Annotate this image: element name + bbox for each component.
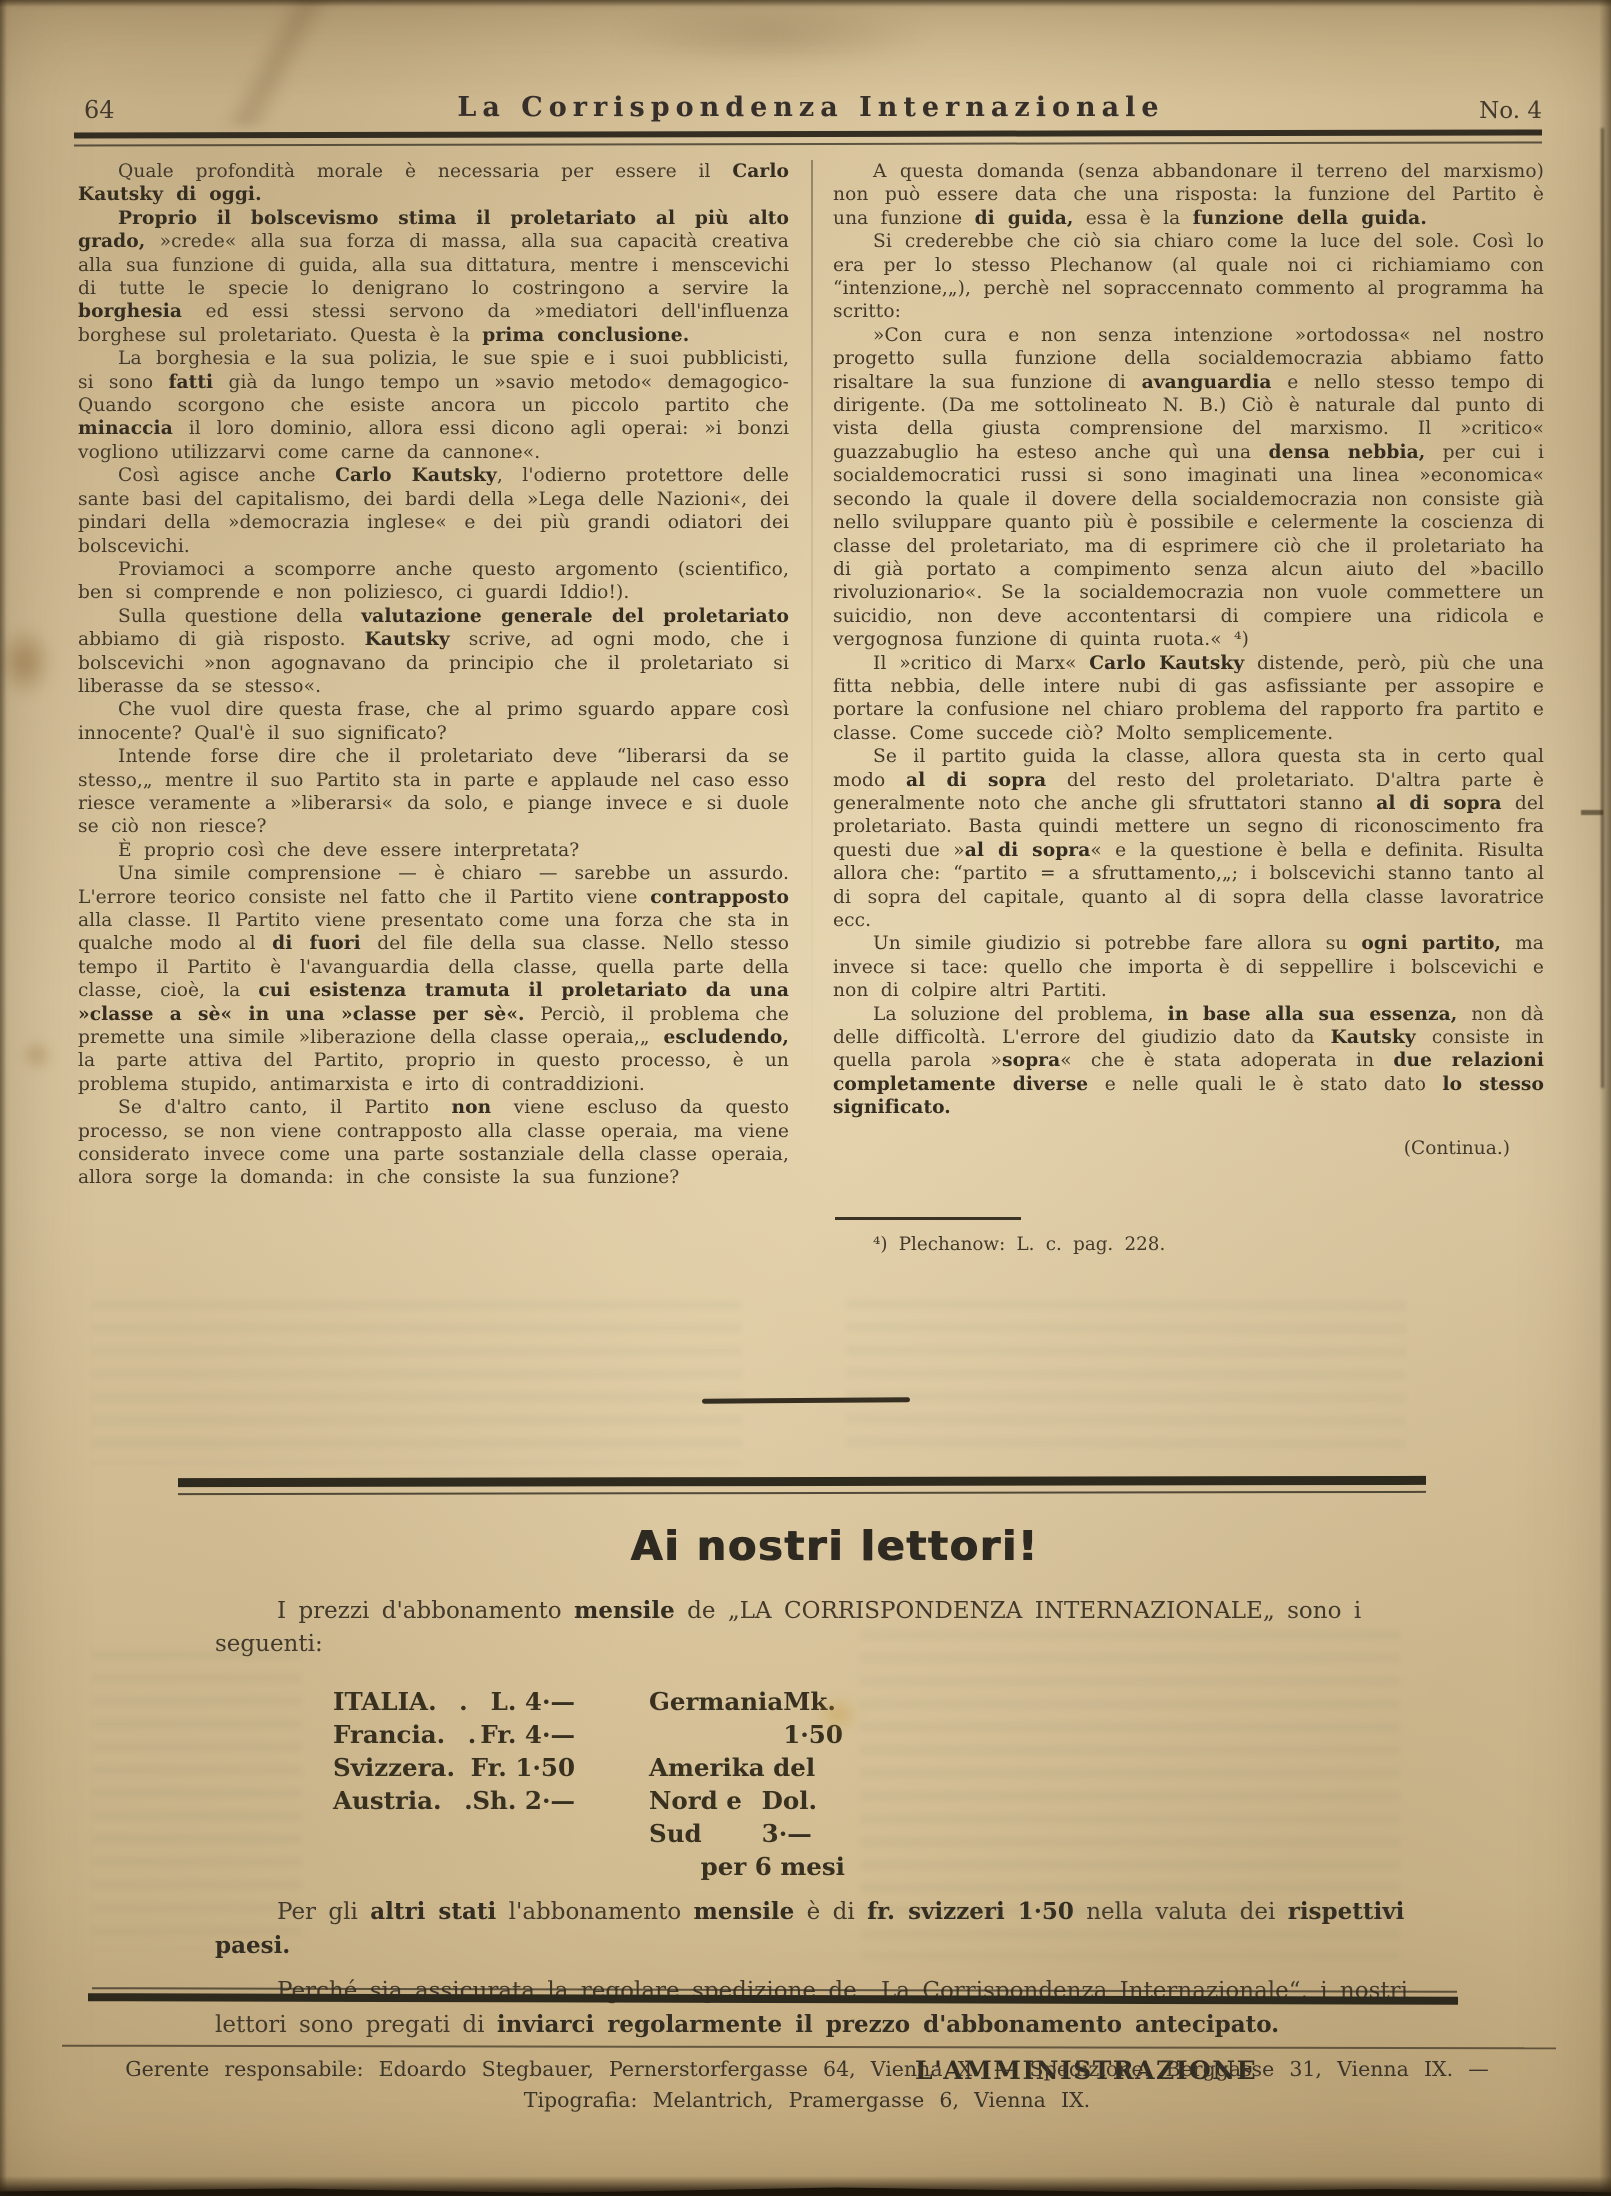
bold-text-run: fatti — [168, 372, 213, 393]
text-run: I prezzi d'abbonamento — [277, 1598, 574, 1624]
scan-edge-left — [0, 0, 7, 2196]
footnote-rule — [835, 1217, 1021, 1220]
text-run: »crede« alla sua forza di massa, alla su… — [78, 231, 789, 299]
footnote: ⁴) Plechanow: L. c. pag. 228. — [833, 1234, 1544, 1255]
issue-number: No. 4 — [1479, 98, 1542, 124]
price-row: ITALIA. . . .L. 4·— — [333, 1685, 575, 1718]
price-table: ITALIA. . . .L. 4·—Francia. . . .Fr. 4·—… — [333, 1685, 1455, 1883]
text-run: l'abbonamento — [496, 1899, 693, 1925]
article-paragraph: Proviamoci a scomporre anche questo argo… — [78, 558, 789, 605]
text-run: e nelle quali le è stato dato — [1088, 1074, 1442, 1095]
price-row: Svizzera. . .Fr. 1·50 — [333, 1751, 575, 1784]
article-paragraph: Proprio il bolscevismo stima il proletar… — [78, 207, 789, 347]
bold-text-run: Carlo Kautsky — [335, 465, 497, 486]
imprint-line-1: Gerente responsabile: Edoardo Stegbauer,… — [68, 2054, 1546, 2085]
article-paragraph: Una simile comprensione — è chiaro — sar… — [78, 862, 789, 1096]
price-country: Germania — [649, 1685, 783, 1718]
text-run: Quale profondità morale è necessaria per… — [118, 161, 732, 182]
price-country: Francia — [333, 1718, 437, 1751]
article-column-left: Quale profondità morale è necessaria per… — [78, 160, 789, 1255]
price-row: Austria. . . .Sh. 2·— — [333, 1784, 575, 1817]
bold-text-run: prima conclusione. — [482, 325, 689, 346]
article-paragraph: Intende forse dire che il proletariato d… — [78, 745, 789, 839]
scan-edge-right-tick — [1581, 810, 1603, 815]
bleedthrough-ghost-text — [846, 1299, 1407, 1451]
paper-stain — [0, 612, 64, 712]
notice-top-rule-thin — [178, 1491, 1426, 1495]
bold-text-run: al di sopra — [1376, 793, 1501, 814]
scanned-newspaper-page: 64 La Corrispondenza Internazionale No. … — [0, 0, 1611, 2196]
text-run: Il »critico di Marx« — [873, 653, 1089, 674]
notice-paragraph-shipping: Perché sia assicurata la regolare spediz… — [215, 1975, 1455, 2042]
header-rule — [74, 129, 1542, 138]
price-value: Fr. 4·— — [480, 1718, 575, 1751]
article-paragraph: È proprio così che deve essere interpret… — [78, 839, 789, 862]
price-value: Sh. 2·— — [472, 1784, 575, 1817]
masthead-title: La Corrispondenza Internazionale — [80, 92, 1542, 123]
article-paragraph: »Con cura e non senza intenzione »ortodo… — [833, 324, 1544, 652]
paper-crease — [560, 0, 980, 80]
price-country: Svizzera — [333, 1751, 446, 1784]
header-rule-thin — [74, 141, 1542, 146]
price-dots: . . . . — [428, 1685, 491, 1718]
price-dots: . . . . — [433, 1784, 472, 1817]
article-paragraph: Il »critico di Marx« Carlo Kautsky diste… — [833, 652, 1544, 746]
text-run: per cui i socialdemocratici russi si son… — [833, 442, 1544, 650]
article-paragraph: Sulla questione della valutazione genera… — [78, 605, 789, 699]
text-run: Sulla questione della — [118, 606, 361, 627]
text-run: è di — [794, 1899, 867, 1925]
paper-stain — [14, 1032, 60, 1078]
notice-paragraph-other-states: Per gli altri stati l'abbonamento mensil… — [215, 1895, 1455, 1963]
price-dots: . . . . — [437, 1718, 481, 1751]
price-row: Amerika del — [649, 1751, 845, 1784]
article-paragraph: Se il partito guida la classe, allora qu… — [833, 745, 1544, 932]
price-country: Amerika del — [649, 1751, 815, 1784]
price-value: Dol. 3·— — [762, 1784, 845, 1850]
bold-text-run: borghesia — [78, 301, 182, 322]
scan-edge-top — [0, 0, 1611, 7]
continuation-note: (Continua.) — [833, 1138, 1544, 1159]
bold-text-run: di guida, — [975, 208, 1074, 229]
text-run: Se d'altro canto, il Partito — [118, 1097, 451, 1118]
text-run: Così agisce anche — [118, 465, 335, 486]
bold-text-run: Kautsky — [365, 629, 450, 650]
notice-intro: I prezzi d'abbonamento mensile de „LA CO… — [215, 1594, 1455, 1661]
bold-text-run: inviarci regolarmente il prezzo d'abbona… — [497, 2011, 1279, 2038]
notice-top-rule — [178, 1476, 1426, 1487]
price-column-left: ITALIA. . . .L. 4·—Francia. . . .Fr. 4·—… — [333, 1685, 575, 1883]
text-run: il loro dominio, allora essi dicono agli… — [78, 418, 789, 462]
text-run: abbiamo di già risposto. — [78, 629, 365, 650]
bold-text-run: al di sopra — [965, 840, 1091, 861]
article-paragraph: Un simile giudizio si potrebbe fare allo… — [833, 932, 1544, 1002]
text-run: Che vuol dire questa frase, che al primo… — [78, 699, 789, 743]
bold-text-run: in base alla sua essenza, — [1168, 1004, 1458, 1025]
text-run: Per gli — [277, 1899, 370, 1925]
price-dots: . . . — [446, 1751, 470, 1784]
article-paragraph: Così agisce anche Carlo Kautsky, l'odier… — [78, 464, 789, 558]
price-value: per 6 mesi — [701, 1850, 845, 1883]
bold-text-run: di fuori — [272, 933, 361, 954]
bold-text-run: avanguardia — [1142, 372, 1272, 393]
page-header: 64 La Corrispondenza Internazionale No. … — [80, 92, 1542, 128]
bold-text-run: al di sopra — [906, 770, 1046, 791]
bold-text-run: non — [451, 1097, 491, 1118]
text-run: nella valuta dei — [1074, 1899, 1288, 1925]
price-country: Nord e Sud — [649, 1784, 762, 1850]
text-run: la parte attiva del Partito, proprio in … — [78, 1050, 789, 1094]
price-country: ITALIA — [333, 1685, 428, 1718]
article-paragraph: Che vuol dire questa frase, che al primo… — [78, 698, 789, 745]
bold-text-run: escludendo, — [663, 1027, 789, 1048]
price-row: Francia. . . .Fr. 4·— — [333, 1718, 575, 1751]
text-run: Un simile giudizio si potrebbe fare allo… — [873, 933, 1361, 954]
price-column-right: GermaniaMk. 1·50Amerika delNord e SudDol… — [649, 1685, 845, 1883]
price-value: L. 4·— — [491, 1685, 575, 1718]
text-run: Si crederebbe che ciò sia chiaro come la… — [833, 231, 1544, 322]
article-paragraph: A questa domanda (senza abbandonare il t… — [833, 160, 1544, 230]
price-value: Mk. 1·50 — [783, 1685, 845, 1751]
bold-text-run: ogni partito, — [1361, 933, 1501, 954]
text-run: È proprio così che deve essere interpret… — [118, 840, 579, 861]
bold-text-run: sopra — [1002, 1050, 1060, 1071]
price-value: Fr. 1·50 — [471, 1751, 575, 1784]
article-paragraph: Se d'altro canto, il Partito non viene e… — [78, 1096, 789, 1190]
scan-edge-right-line — [1601, 128, 1604, 1088]
article-column-right: A questa domanda (senza abbandonare il t… — [833, 160, 1544, 1255]
article-paragraph: La soluzione del problema, in base alla … — [833, 1003, 1544, 1120]
text-run: « che è stata adoperata in — [1060, 1050, 1393, 1071]
bold-text-run: altri stati — [370, 1898, 496, 1925]
bleedthrough-ghost-text — [92, 1300, 742, 1465]
column-divider-rule — [811, 160, 813, 1310]
text-run: essa è la — [1073, 208, 1192, 229]
article-paragraph: Quale profondità morale è necessaria per… — [78, 160, 789, 207]
bold-text-run: mensile — [574, 1597, 675, 1624]
bold-text-run: Carlo Kautsky — [1089, 653, 1244, 674]
article-paragraph: Si crederebbe che ciò sia chiaro come la… — [833, 230, 1544, 324]
bold-text-run: Kautsky — [1331, 1027, 1416, 1048]
bold-text-run: minaccia — [78, 418, 173, 439]
article-end-rule — [702, 1397, 910, 1403]
price-row: Nord e SudDol. 3·— — [649, 1784, 845, 1850]
bold-text-run: funzione della guida. — [1193, 208, 1427, 229]
bold-text-run: mensile — [694, 1898, 795, 1925]
price-row: GermaniaMk. 1·50 — [649, 1685, 845, 1751]
notice-title: Ai nostri lettori! — [215, 1522, 1455, 1570]
bold-text-run: valutazione generale del proletariato — [361, 606, 789, 627]
imprint-line-2: Tipografia: Melantrich, Pramergasse 6, V… — [68, 2085, 1546, 2116]
article-column-right-paragraphs: A questa domanda (senza abbandonare il t… — [833, 160, 1544, 1120]
price-country: Austria — [333, 1784, 433, 1817]
imprint-footer: Gerente responsabile: Edoardo Stegbauer,… — [68, 2054, 1546, 2116]
bold-text-run: densa nebbia, — [1269, 442, 1426, 463]
article-paragraph: La borghesia e la sua polizia, le sue sp… — [78, 347, 789, 464]
text-run: Proviamoci a scomporre anche questo argo… — [78, 559, 789, 603]
text-run: Intende forse dire che il proletariato d… — [78, 746, 789, 837]
bold-text-run: fr. svizzeri 1·50 — [867, 1898, 1074, 1925]
price-row: per 6 mesi — [649, 1850, 845, 1883]
bold-text-run: contrapposto — [650, 887, 789, 908]
text-run: La soluzione del problema, — [873, 1004, 1168, 1025]
